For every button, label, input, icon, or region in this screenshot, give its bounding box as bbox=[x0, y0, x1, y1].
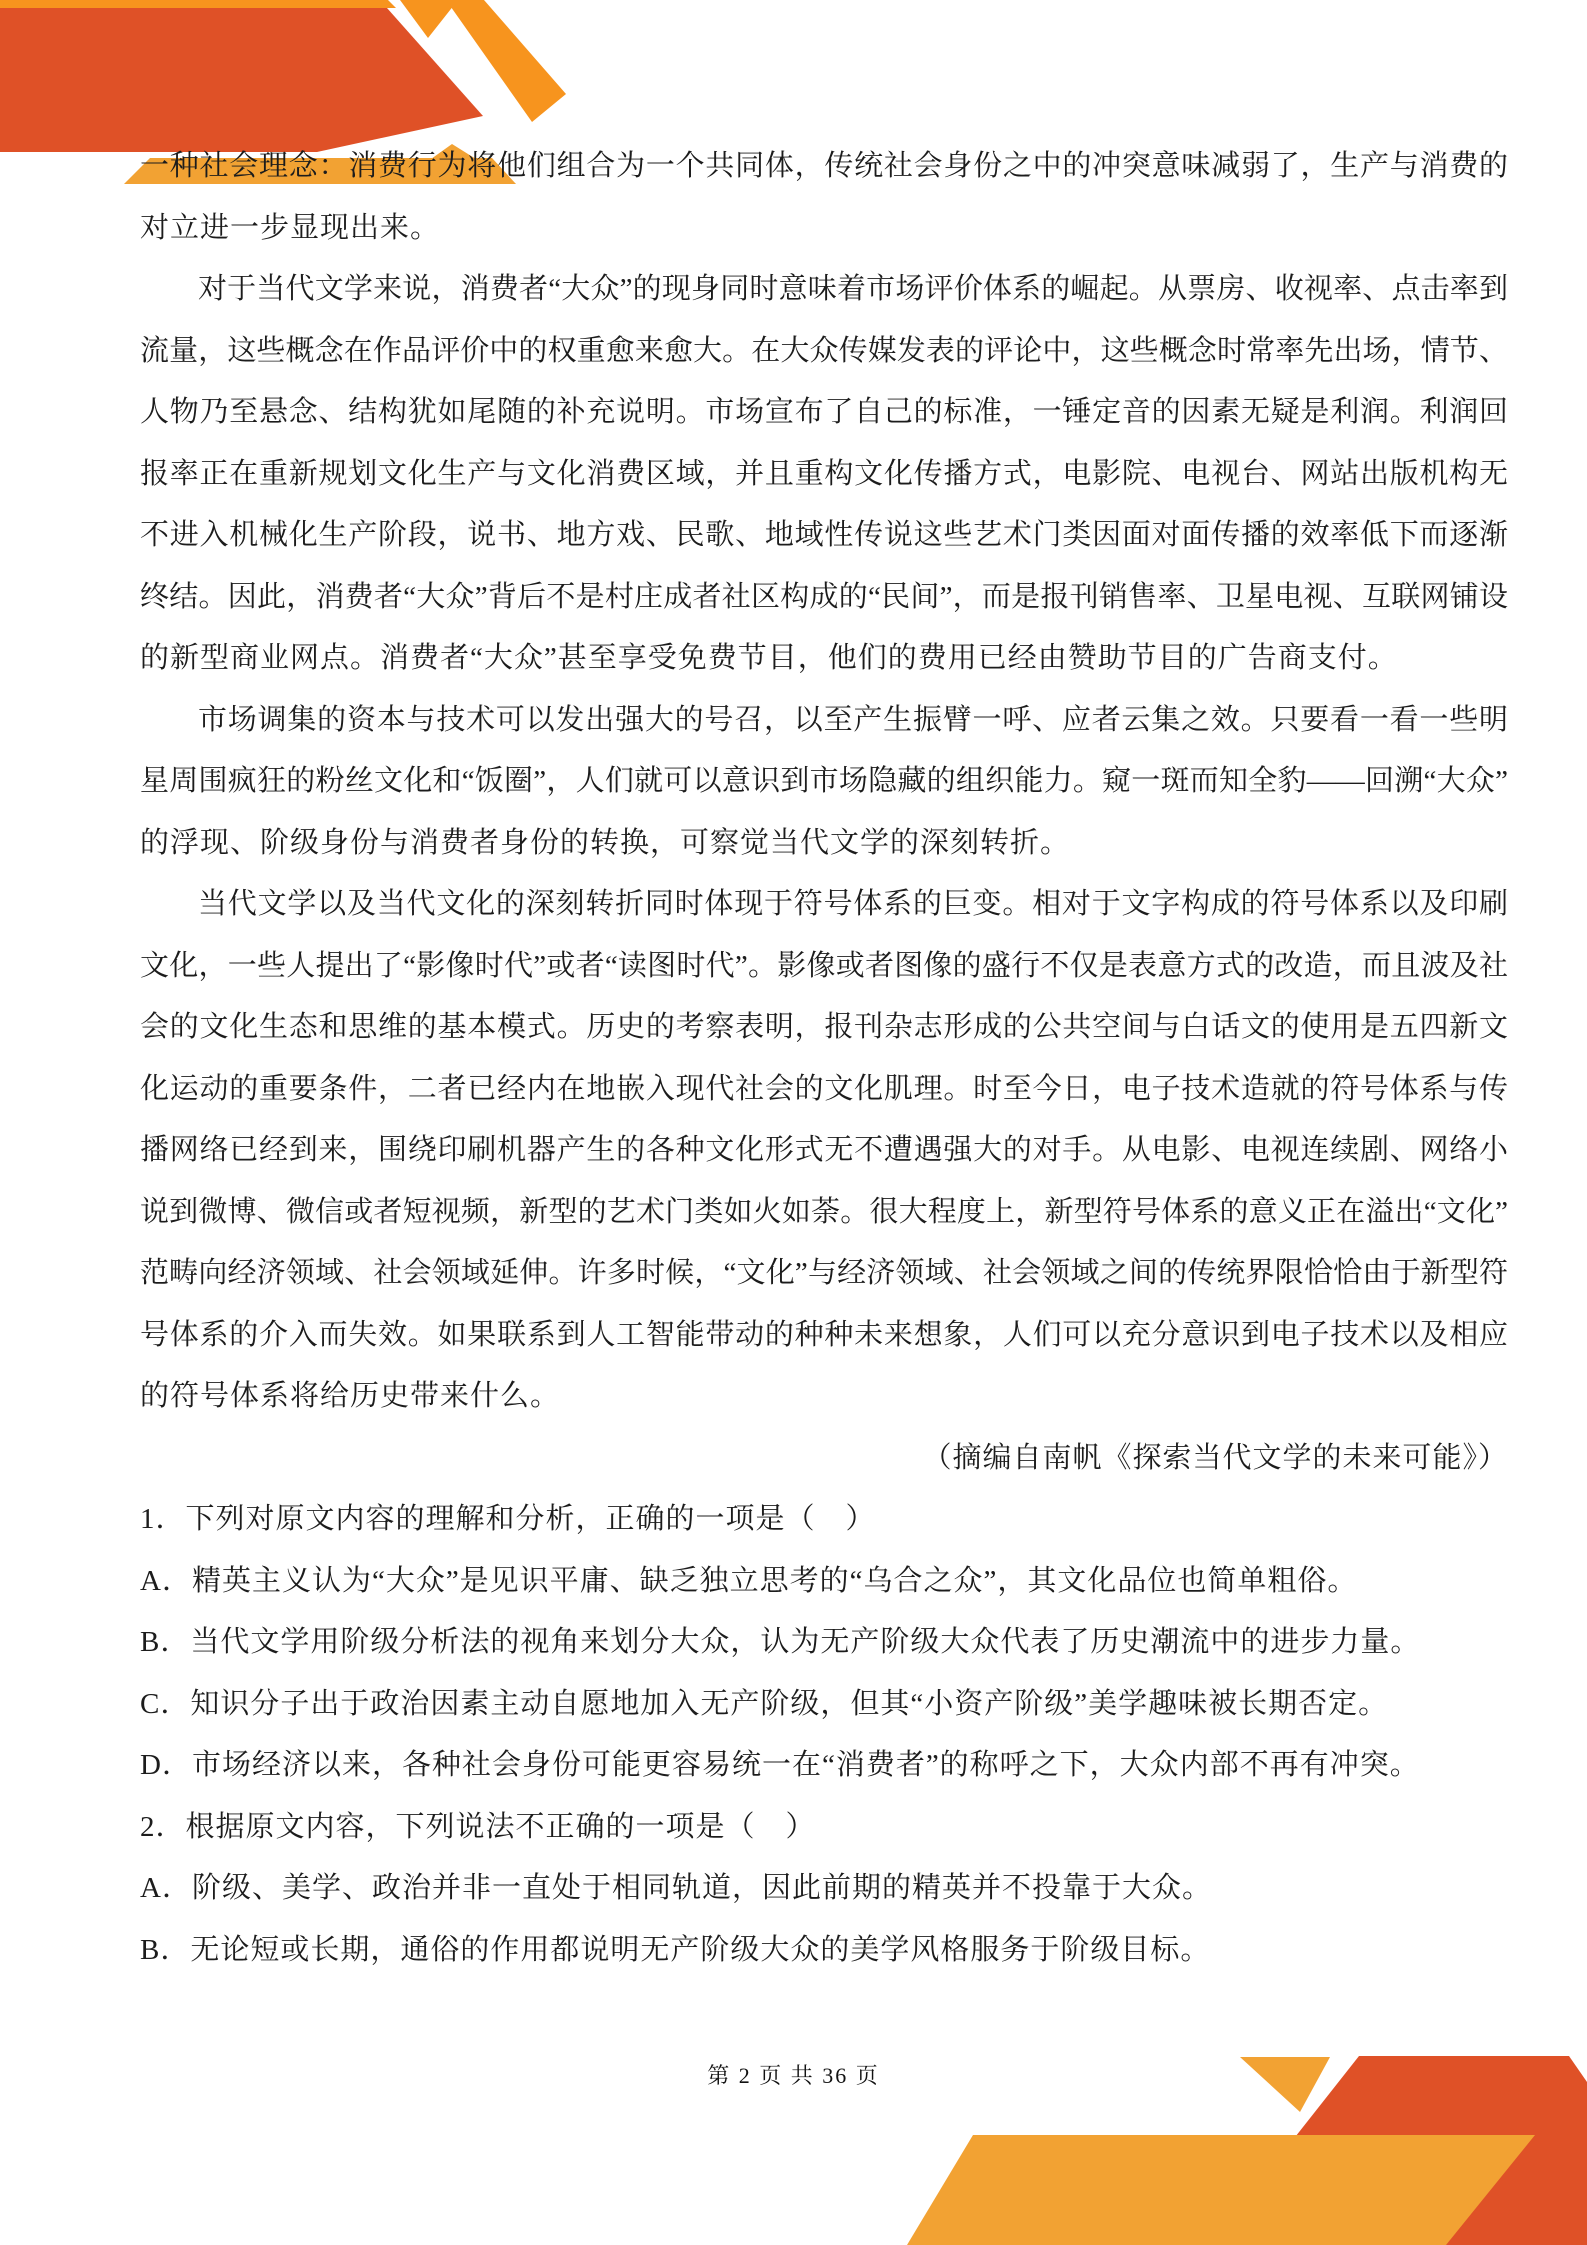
orange-top-strip-shape bbox=[0, 0, 396, 8]
question-2-option-a: A．阶级、美学、政治并非一直处于相同轨道，因此前期的精英并不投靠于大众。 bbox=[140, 1858, 1508, 1920]
amber-band-shape bbox=[907, 2135, 1535, 2245]
body-line-11: 星周围疯狂的粉丝文化和“饭圈”，人们就可以意识到市场隐藏的组织能力。窥一斑而知全… bbox=[140, 751, 1508, 813]
question-1-option-b: B．当代文学用阶级分析法的视角来划分大众，认为无产阶级大众代表了历史潮流中的进步… bbox=[140, 1612, 1508, 1674]
orange-diagonal-band-shape bbox=[446, 0, 566, 122]
body-line-19: 范畴向经济领域、社会领域延伸。许多时候，“文化”与经济领域、社会领域之间的传统界… bbox=[140, 1243, 1508, 1305]
page-footer: 第 2 页 共 36 页 bbox=[0, 2058, 1587, 2094]
attribution: （摘编自南帆《探索当代文学的未来可能》） bbox=[140, 1428, 1508, 1490]
question-1-option-c: C．知识分子出于政治因素主动自愿地加入无产阶级，但其“小资产阶级”美学趣味被长期… bbox=[140, 1674, 1508, 1736]
question-1-option-a: A．精英主义认为“大众”是见识平庸、缺乏独立思考的“乌合之众”，其文化品位也简单… bbox=[140, 1551, 1508, 1613]
body-line-9: 的新型商业网点。消费者“大众”甚至享受免费节目，他们的费用已经由赞助节目的广告商… bbox=[140, 628, 1508, 690]
question-2-stem: 2．根据原文内容，下列说法不正确的一项是（ ） bbox=[140, 1797, 1508, 1859]
body-line-17: 播网络已经到来，围绕印刷机器产生的各种文化形式无不遭遇强大的对手。从电影、电视连… bbox=[140, 1120, 1508, 1182]
body-line-6: 报率正在重新规划文化生产与文化消费区域，并且重构文化传播方式，电影院、电视台、网… bbox=[140, 444, 1508, 506]
body-line-8: 终结。因此，消费者“大众”背后不是村庄成者社区构成的“民间”，而是报刊销售率、卫… bbox=[140, 567, 1508, 629]
body-line-20: 号体系的介入而失效。如果联系到人工智能带动的种种未来想象，人们可以充分意识到电子… bbox=[140, 1305, 1508, 1367]
body-line-13: 当代文学以及当代文化的深刻转折同时体现于符号体系的巨变。相对于文字构成的符号体系… bbox=[140, 874, 1508, 936]
body-line-1: 一种社会理念：消费行为将他们组合为一个共同体，传统社会身份之中的冲突意味减弱了，… bbox=[140, 136, 1508, 198]
body-line-14: 文化，一些人提出了“影像时代”或者“读图时代”。影像或者图像的盛行不仅是表意方式… bbox=[140, 936, 1508, 998]
body-line-3: 对于当代文学来说，消费者“大众”的现身同时意味着市场评价体系的崛起。从票房、收视… bbox=[140, 259, 1508, 321]
document-page: 一种社会理念：消费行为将他们组合为一个共同体，传统社会身份之中的冲突意味减弱了，… bbox=[0, 0, 1587, 2245]
orange-notch-triangle-shape bbox=[400, 0, 458, 38]
body-line-2: 对立进一步显现出来。 bbox=[140, 198, 1508, 260]
body-line-15: 会的文化生态和思维的基本模式。历史的考察表明，报刊杂志形成的公共空间与白话文的使… bbox=[140, 997, 1508, 1059]
body-line-16: 化运动的重要条件，二者已经内在地嵌入现代社会的文化肌理。时至今日，电子技术造就的… bbox=[140, 1059, 1508, 1121]
red-arrow-shape bbox=[0, 8, 483, 152]
question-1-option-d: D．市场经济以来，各种社会身份可能更容易统一在“消费者”的称呼之下，大众内部不再… bbox=[140, 1735, 1508, 1797]
body-line-7: 不进入机械化生产阶段，说书、地方戏、民歌、地域性传说这些艺术门类因面对面传播的效… bbox=[140, 505, 1508, 567]
body-line-21: 的符号体系将给历史带来什么。 bbox=[140, 1366, 1508, 1428]
body-line-18: 说到微博、微信或者短视频，新型的艺术门类如火如荼。很大程度上，新型符号体系的意义… bbox=[140, 1182, 1508, 1244]
body-line-12: 的浮现、阶级身份与消费者身份的转换，可察觉当代文学的深刻转折。 bbox=[140, 813, 1508, 875]
body-line-4: 流量，这些概念在作品评价中的权重愈来愈大。在大众传媒发表的评论中，这些概念时常率… bbox=[140, 321, 1508, 383]
body-line-10: 市场调集的资本与技术可以发出强大的号召，以至产生振臂一呼、应者云集之效。只要看一… bbox=[140, 690, 1508, 752]
question-2-option-b: B．无论短或长期，通俗的作用都说明无产阶级大众的美学风格服务于阶级目标。 bbox=[140, 1920, 1508, 1982]
body-line-5: 人物乃至悬念、结构犹如尾随的补充说明。市场宣布了自己的标准，一锤定音的因素无疑是… bbox=[140, 382, 1508, 444]
question-1-stem: 1．下列对原文内容的理解和分析，正确的一项是（ ） bbox=[140, 1489, 1508, 1551]
article-text: 一种社会理念：消费行为将他们组合为一个共同体，传统社会身份之中的冲突意味减弱了，… bbox=[140, 136, 1508, 1981]
